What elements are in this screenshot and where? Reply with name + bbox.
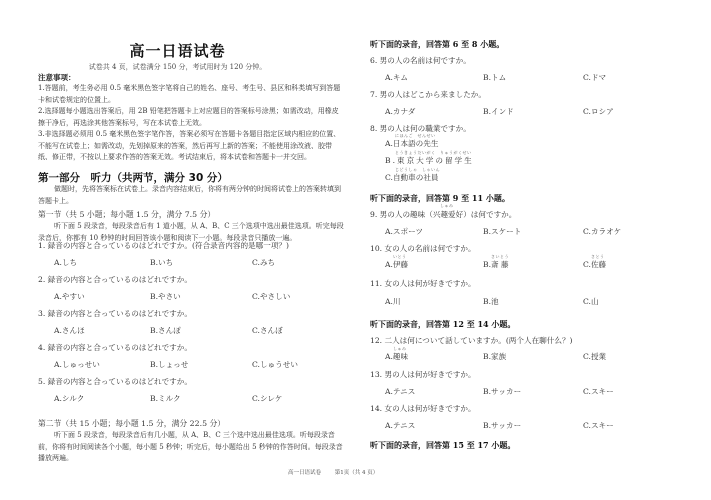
note-1: 1.答题前，考生务必用 0.5 毫米黑色签字笔将自己的姓名、座号、考生号、县区和…: [38, 83, 344, 106]
q3-option-b[interactable]: B.さんぽ: [150, 325, 181, 336]
page-footer: 高一日语试卷 第1页（共 4 页）: [288, 468, 390, 476]
q4-option-b[interactable]: B.しょっせ: [150, 359, 188, 370]
q5-option-b[interactable]: B.ミルク: [150, 393, 181, 404]
question-6: 6. 男の人の名前は何ですか。: [370, 55, 471, 66]
right-page: 听下面的录音，回答第 6 至 8 小题。 6. 男の人の名前は何ですか。 A.キ…: [355, 0, 711, 500]
q7-option-b[interactable]: B.インド: [483, 106, 514, 117]
q2-option-a[interactable]: A.やすい: [54, 291, 85, 302]
q5-option-c[interactable]: C.シレケ: [252, 393, 282, 404]
group-heading-15-17: 听下面的录音，回答第 15 至 17 小题。: [370, 440, 515, 451]
q11-option-c[interactable]: C.山: [583, 296, 599, 307]
q2-option-c[interactable]: C.やさしい: [252, 291, 290, 302]
question-12: 12. 二人は何について話していますか。(两个人在聊什么？): [370, 335, 573, 346]
q4-option-c[interactable]: C.しゅうせい: [252, 359, 298, 370]
group-heading-6-8: 听下面的录音，回答第 6 至 8 小题。: [370, 39, 504, 50]
q7-option-a[interactable]: A.カナダ: [385, 106, 415, 117]
q3-option-c[interactable]: C.さんぼ: [252, 325, 283, 336]
q10-option-b[interactable]: B.斎 藤: [483, 259, 509, 270]
q4-option-a[interactable]: A.しゅっせい: [54, 359, 100, 370]
question-5: 5. 録音の内容と合っているのはどれですか。: [38, 376, 192, 387]
q12-option-c[interactable]: C.授業: [583, 351, 606, 362]
q9-option-a[interactable]: A.スポーツ: [385, 226, 423, 237]
q1-option-c[interactable]: C.みち: [252, 257, 275, 268]
q8-option-c[interactable]: C.自動車の社員: [385, 172, 439, 183]
part1-heading: 第一部分 听力（共两节，满分 30 分）: [38, 170, 228, 185]
section2-intro: 听下面 5 段录音，每段录音后有几小题，从 A、B、C 三个选中选出最佳选项。听…: [38, 430, 344, 465]
section2-heading: 第二节（共 15 小题；每小题 1.5 分，满分 22.5 分）: [38, 418, 225, 429]
note-2: 2.选择题每小题选出答案后，用 2B 铅笔把答题卡上对应题目的答案标号涂黑；如需…: [38, 106, 344, 129]
q14-option-b[interactable]: B.サッカー: [483, 420, 521, 431]
question-14: 14. 女の人は何が好きですか。: [370, 403, 476, 414]
question-13: 13. 男の人は何が好きですか。: [370, 369, 476, 380]
q13-option-a[interactable]: A.テニス: [385, 386, 415, 397]
q14-option-c[interactable]: C.スキー: [583, 420, 614, 431]
question-1: 1. 録音の内容と合っているのはどれですか。(符合录音内容的是哪一项？): [38, 240, 289, 251]
q1-option-a[interactable]: A.しち: [54, 257, 77, 268]
q12-option-b[interactable]: B.家族: [483, 351, 506, 362]
footer-page-info: 第1页（共 4 页）: [335, 470, 379, 476]
q11-option-a[interactable]: A.川: [385, 296, 401, 307]
q8-option-a[interactable]: A.日本語の先生: [385, 138, 438, 149]
q7-option-c[interactable]: C.ロシア: [583, 106, 614, 117]
q14-option-a[interactable]: A.テニス: [385, 420, 415, 431]
q6-option-a[interactable]: A.キム: [385, 72, 408, 83]
q6-option-c[interactable]: C.ドマ: [583, 72, 606, 83]
notes-heading: 注意事项：: [38, 72, 76, 83]
footer-exam-name: 高一日语试卷: [288, 470, 321, 476]
q12-option-a[interactable]: A.趣味: [385, 351, 408, 362]
q13-option-c[interactable]: C.スキー: [583, 386, 614, 397]
question-3: 3. 録音の内容と合っているのはどれですか。: [38, 308, 192, 319]
note-3: 3.非选择题必须用 0.5 毫米黑色签字笔作答，答案必须写在答题卡各题目指定区域…: [38, 129, 344, 164]
q13-option-b[interactable]: B.サッカー: [483, 386, 521, 397]
q2-option-b[interactable]: B.やさい: [150, 291, 181, 302]
q1-option-b[interactable]: B.いち: [150, 257, 173, 268]
question-9: 9. 男の人の趣味（兴趣爱好）は何ですか。: [370, 209, 516, 220]
left-page: 高一日语试卷 试卷共 4 页，试卷满分 150 分，考试用时为 120 分钟。 …: [0, 0, 355, 500]
question-11: 11. 女の人は何が好きですか。: [370, 278, 476, 289]
question-2: 2. 録音の内容と合っているのはどれですか。: [38, 274, 192, 285]
q10-option-c[interactable]: C.佐藤: [583, 259, 606, 270]
q10-option-a[interactable]: A.伊藤: [385, 259, 408, 270]
exam-subtitle: 试卷共 4 页，试卷满分 150 分，考试用时为 120 分钟。: [0, 62, 355, 72]
group-heading-12-14: 听下面的录音，回答第 12 至 14 小题。: [370, 319, 515, 330]
exam-title: 高一日语试卷: [0, 40, 355, 61]
part1-intro: 做题时，先将答案标在试卷上。录音内容结束后，你将有两分钟的时间将试卷上的答案转填…: [38, 184, 344, 207]
question-4: 4. 録音の内容と合っているのはどれですか。: [38, 342, 192, 353]
section1-heading: 第一节（共 5 小题；每小题 1.5 分，满分 7.5 分）: [38, 209, 215, 220]
q8-option-b[interactable]: B.東京大学の留学生: [385, 155, 474, 166]
q5-option-a[interactable]: A.シルク: [54, 393, 84, 404]
q9-option-b[interactable]: B.スケート: [483, 226, 521, 237]
q9-option-c[interactable]: C.カラオケ: [583, 226, 621, 237]
q6-option-b[interactable]: B.トム: [483, 72, 506, 83]
question-7: 7. 男の人はどこから来ましたか。: [370, 89, 486, 100]
q11-option-b[interactable]: B.池: [483, 296, 499, 307]
question-10: 10. 女の人の名前は何ですか。: [370, 243, 476, 254]
q3-option-a[interactable]: A.さんほ: [54, 325, 85, 336]
